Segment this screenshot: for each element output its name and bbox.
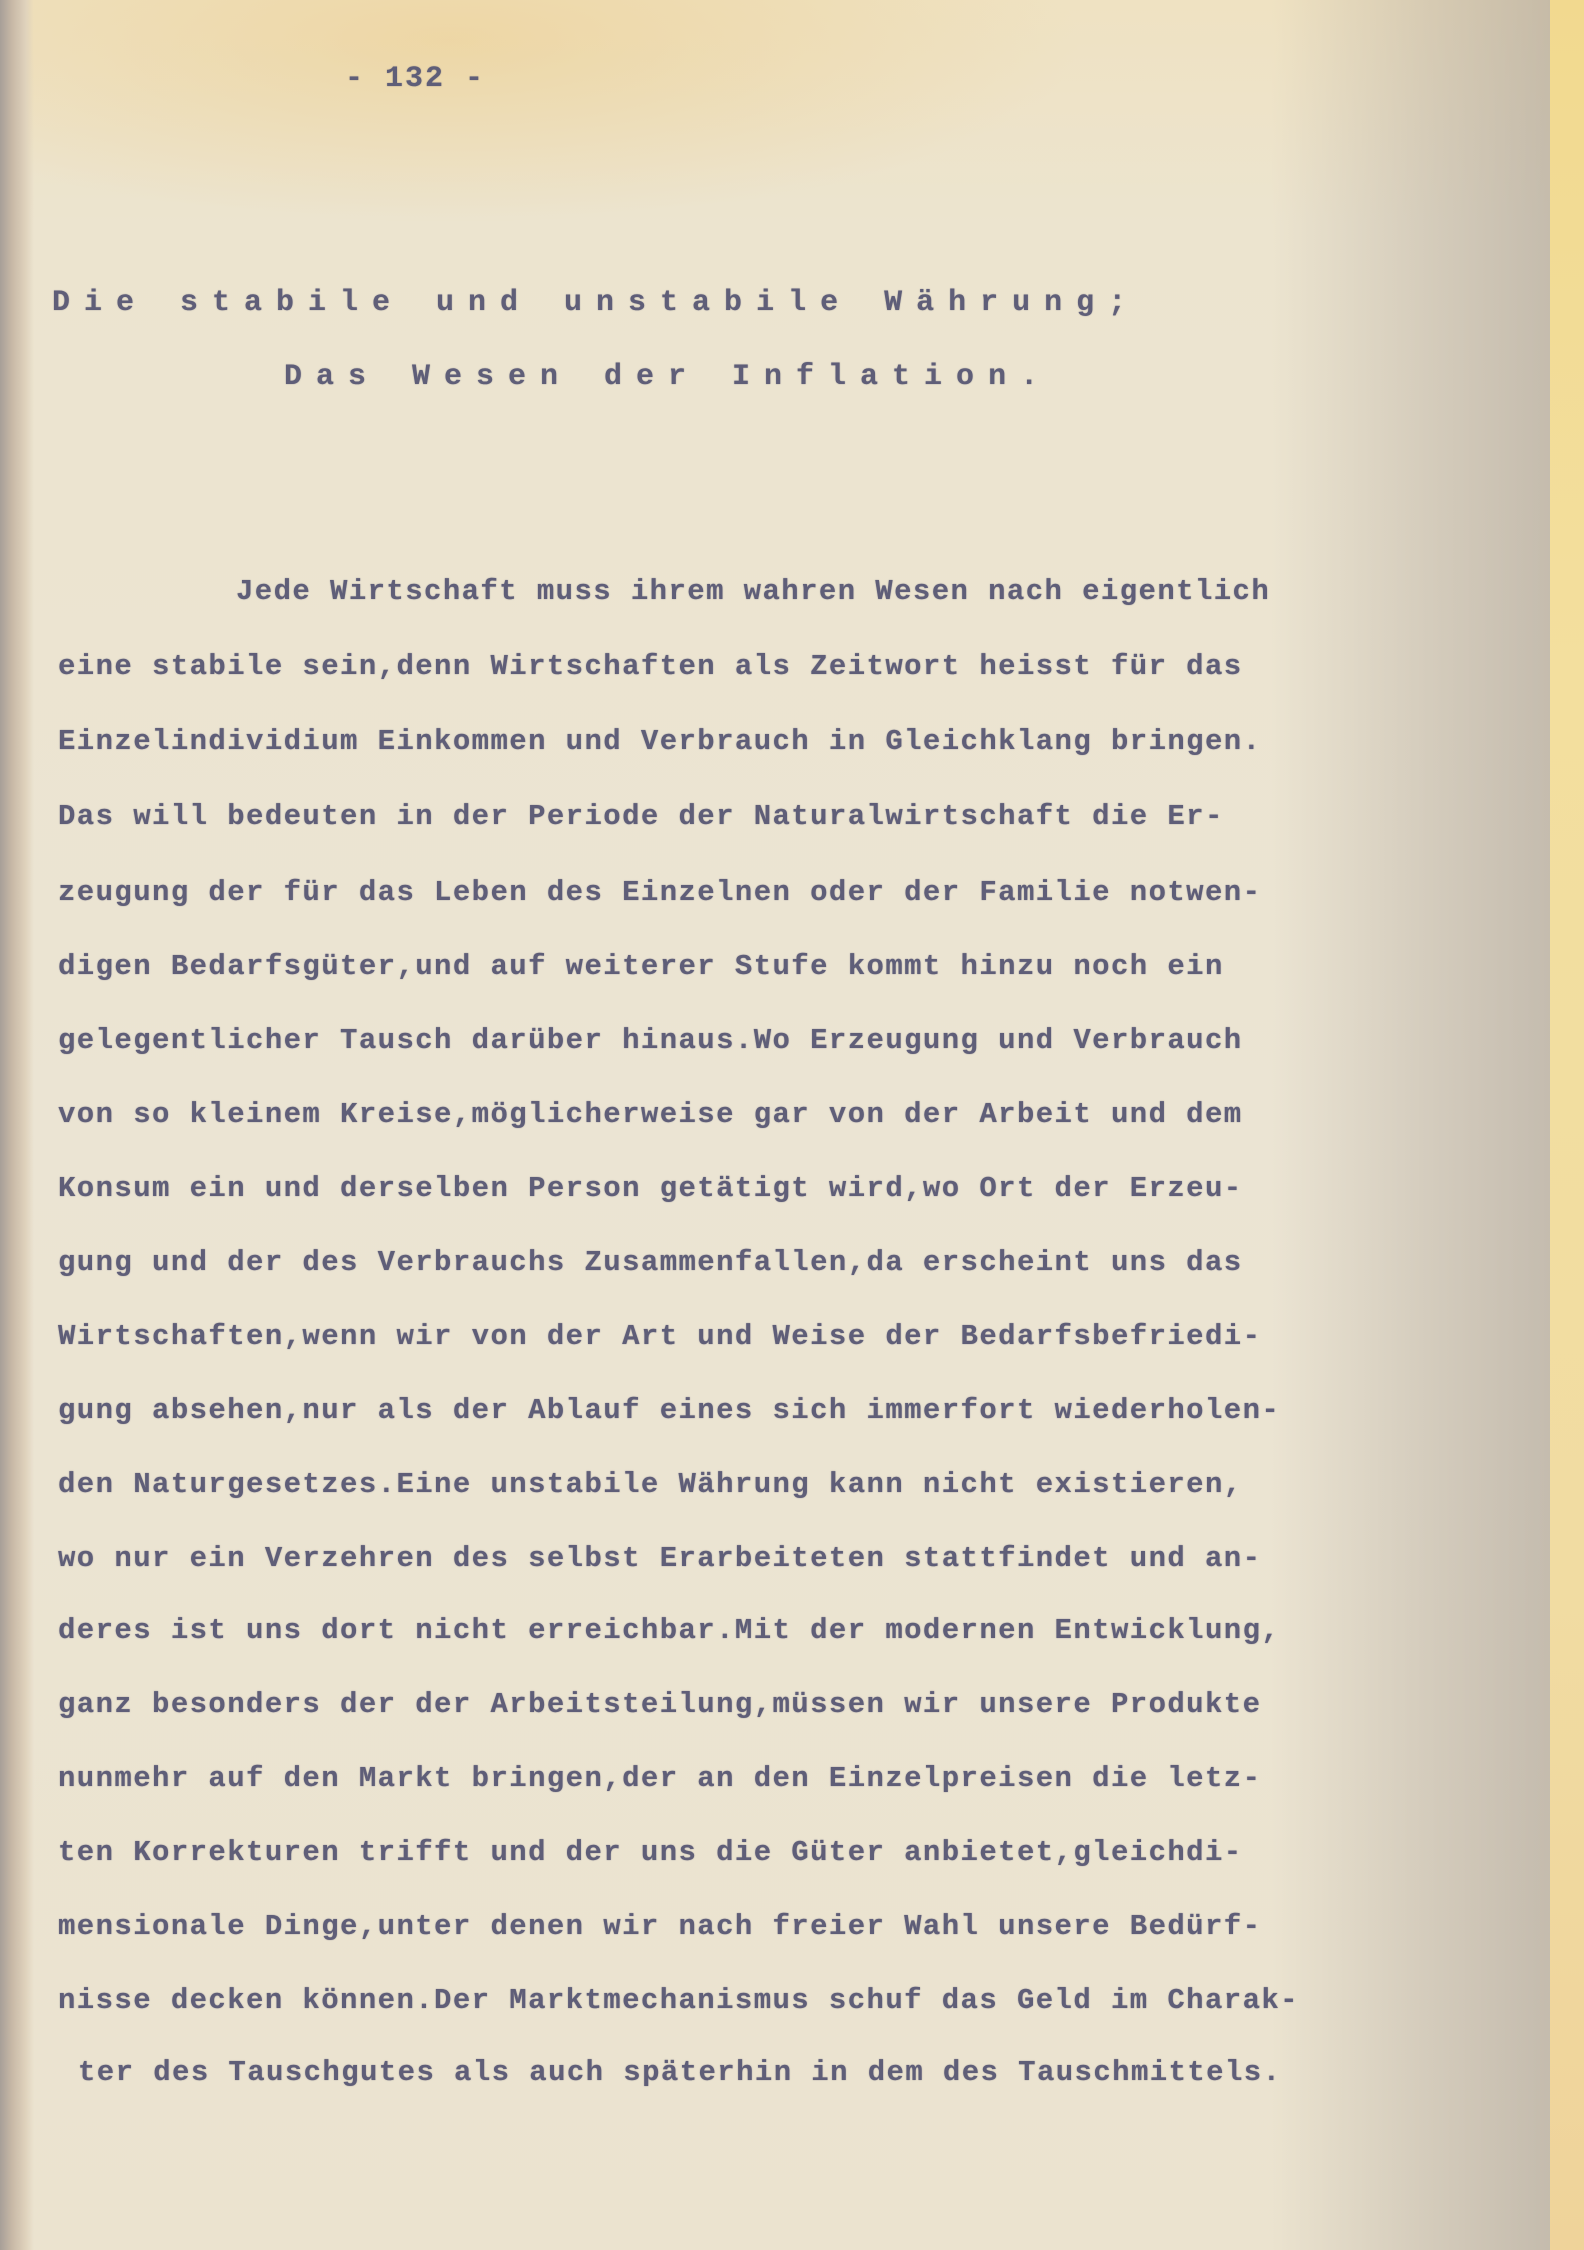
heading-line-1: Die stabile und unstabile Währung; [52,286,1140,320]
body-line: gung absehen,nur als der Ablauf eines si… [58,1394,1280,1427]
body-line: mensionale Dinge,unter denen wir nach fr… [58,1910,1261,1943]
body-line: gung und der des Verbrauchs Zusammenfall… [58,1246,1243,1279]
body-line: wo nur ein Verzehren des selbst Erarbeit… [58,1542,1261,1575]
scanned-page: - 132 - Die stabile und unstabile Währun… [0,0,1550,2250]
body-line: Wirtschaften,wenn wir von der Art und We… [58,1320,1261,1353]
body-line: Jede Wirtschaft muss ihrem wahren Wesen … [236,575,1270,608]
body-line: ganz besonders der der Arbeitsteilung,mü… [58,1688,1261,1721]
body-line: eine stabile sein,denn Wirtschaften als … [58,650,1243,683]
body-line: deres ist uns dort nicht erreichbar.Mit … [58,1614,1280,1647]
body-line: Einzelindividium Einkommen und Verbrauch… [58,725,1261,758]
page-binding-shadow [0,0,34,2250]
body-line: nisse decken können.Der Marktmechanismus… [58,1984,1299,2017]
body-line: nunmehr auf den Markt bringen,der an den… [58,1762,1261,1795]
body-line: ten Korrekturen trifft und der uns die G… [58,1836,1243,1869]
body-line: digen Bedarfsgüter,und auf weiterer Stuf… [58,950,1224,983]
body-line: von so kleinem Kreise,möglicherweise gar… [58,1098,1243,1131]
body-line: gelegentlicher Tausch darüber hinaus.Wo … [58,1024,1243,1057]
page-edge-strip [1550,0,1584,2250]
body-line: Das will bedeuten in der Periode der Nat… [58,800,1224,833]
body-line: zeugung der für das Leben des Einzelnen … [58,876,1261,909]
heading-line-2: Das Wesen der Inflation. [284,360,1052,394]
body-line: ter des Tauschgutes als auch späterhin i… [78,2056,1281,2089]
page-number: - 132 - [345,62,485,96]
body-line: Konsum ein und derselben Person getätigt… [58,1172,1243,1205]
body-line: den Naturgesetzes.Eine unstabile Währung… [58,1468,1243,1501]
